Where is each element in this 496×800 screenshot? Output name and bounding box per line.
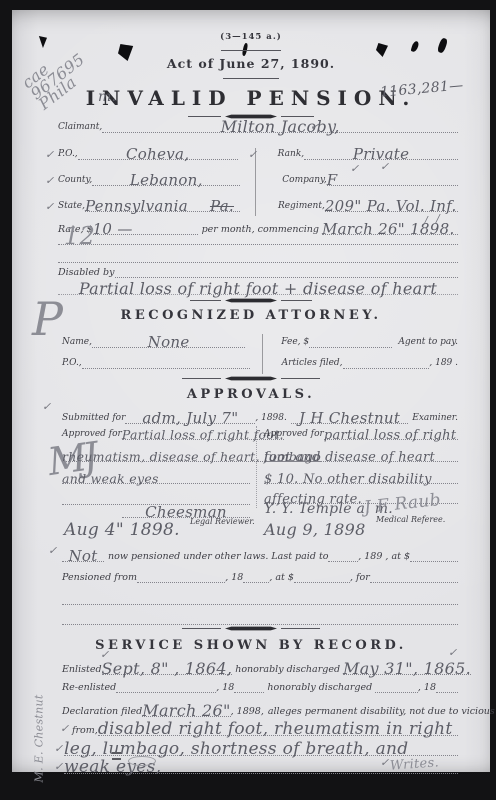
from-label: from,	[72, 726, 98, 736]
pensioned-from-row: Pensioned from , 18 , at $ , for	[62, 570, 458, 583]
form-number: (3—145 a.)	[12, 32, 490, 42]
pensioned-mid2: , at $	[269, 573, 294, 583]
approved-right-l2: foot and disease of heart	[264, 448, 458, 462]
reenlisted-line	[116, 680, 216, 693]
blank-line	[62, 592, 458, 605]
margin-vertical-note: M. E. Chestnut	[34, 673, 45, 783]
check-mark: ✓	[380, 160, 389, 173]
attorney-name-label: Name,	[62, 338, 92, 348]
check-mark: ✓	[248, 148, 257, 161]
claimant-value: Milton Jacoby,	[221, 119, 340, 135]
discharged-line: May 31", 1865.	[343, 658, 471, 675]
pensioned-for-line	[370, 570, 458, 583]
examiner-line: J H Chestnut	[291, 408, 408, 424]
from-line1: disabled right foot, rheumatism in right	[98, 718, 458, 736]
discharged-value: May 31", 1865.	[343, 661, 471, 677]
check-mark: /	[436, 212, 440, 225]
submitted-line: adm, July 7"	[125, 408, 255, 424]
pencil-scribble	[128, 756, 156, 766]
check-mark: ✓	[100, 648, 109, 661]
declaration-date: March 26"	[142, 703, 230, 719]
check-mark: ✓	[380, 756, 389, 769]
attorney-name-line: None	[92, 332, 245, 348]
reenlisted-label: Re-enlisted	[62, 683, 116, 693]
re-discharged-year-line	[436, 680, 458, 693]
attorney-name-row: Name, None Fee, $ Agent to pay.	[62, 332, 458, 348]
check-mark: ✓	[45, 200, 54, 213]
articles-filed-label: Articles filed,	[282, 359, 343, 369]
enlisted-value: Sept, 8" , 1864,	[102, 661, 233, 677]
disabled-by-row: Disabled by	[58, 265, 458, 278]
declaration-date-line: March 26"	[142, 700, 230, 717]
pensioned-from-label: Pensioned from	[62, 573, 137, 583]
attorney-po-row: P.O., Articles filed, , 189 .	[62, 356, 458, 369]
state-extra-value: Pa.	[210, 199, 234, 214]
pensioned-year-line	[243, 570, 269, 583]
pencil-scribble	[112, 752, 121, 754]
blank-line	[58, 232, 458, 245]
check-mark: ✓	[54, 760, 63, 773]
pensioned-mid3: , for	[350, 573, 370, 583]
title-prefix-annotation: m.	[98, 90, 116, 104]
state-regiment-row: State, PennsylvaniaPa. Regiment, 209" Pa…	[58, 196, 458, 212]
check-mark: ✓	[45, 174, 54, 187]
county-value: Lebanon,	[130, 173, 203, 188]
approved-right-l3: $ 10. No other disability	[264, 470, 458, 484]
declaration-year: , 1898,	[231, 707, 264, 717]
disabled-by-label: Disabled by	[58, 268, 115, 278]
approved-right-text: $ 10. No other disability	[264, 473, 432, 486]
from-line2: leg, lumbago, shortness of breath, and	[64, 738, 458, 756]
articles-year-suffix: , 189 .	[429, 359, 458, 369]
not-value: Not	[68, 549, 97, 564]
pensioned-from-line	[137, 570, 225, 583]
legal-date: Aug 4" 1898.	[64, 522, 180, 539]
company-line: F	[327, 170, 458, 186]
disabled-value: Partial loss of right foot + disease of …	[79, 281, 437, 297]
declaration-row: Declaration filed March 26" , 1898, alle…	[62, 700, 458, 717]
po-value: Coheva,	[126, 147, 189, 162]
check-mark: ✓	[448, 646, 457, 659]
rank-line: Private	[304, 144, 458, 160]
blank-line	[62, 612, 458, 625]
rank-label: Rank,	[278, 150, 304, 160]
declaration-label: Declaration filed	[62, 707, 142, 717]
approved-right-line1: Approved for partial loss of right	[264, 426, 458, 440]
county-label: County,	[58, 176, 92, 186]
fee-label: Fee, $	[281, 338, 309, 348]
check-mark: ✓	[350, 162, 359, 175]
disabled-value-line: Partial loss of right foot + disease of …	[58, 278, 458, 295]
approved-for-label: Approved for	[62, 430, 122, 440]
check-mark: ✓	[42, 400, 51, 413]
approved-left-l1: Partial loss of right foot.	[122, 426, 284, 440]
enlisted-label: Enlisted	[62, 665, 102, 675]
examiner-label: Examiner.	[412, 414, 458, 424]
claimant-row: Claimant, Milton Jacoby,	[58, 116, 458, 133]
approved-right-line2: foot and disease of heart	[264, 448, 458, 462]
approved-left-text: Partial loss of right foot.	[122, 429, 284, 442]
examiner-value: J H Chestnut	[299, 411, 400, 426]
pensioned-amount-line	[294, 570, 350, 583]
check-mark: ✓	[54, 742, 63, 755]
last-paid-line	[328, 549, 358, 562]
re-discharged-suffix: , 18	[418, 683, 436, 693]
other-laws-row: Not now pensioned under other laws. Last…	[62, 546, 458, 562]
company-value: F	[327, 173, 338, 188]
disabled-by-line	[115, 265, 459, 278]
re-discharged-line	[375, 680, 418, 693]
reenlisted-row: Re-enlisted , 18 honorably discharged , …	[62, 680, 458, 693]
ornament-divider	[182, 376, 320, 381]
writes-note: Writes.	[390, 756, 440, 772]
pencil-scribble	[112, 758, 121, 760]
last-paid-amount-line	[410, 549, 458, 562]
agent-to-pay-label: Agent to pay.	[398, 338, 458, 348]
ornament-divider	[182, 626, 320, 631]
regiment-label: Regiment,	[278, 202, 325, 212]
attorney-po-line	[82, 356, 250, 369]
approved-right-line3: $ 10. No other disability	[264, 470, 458, 484]
approved-right-l1: partial loss of right	[324, 426, 458, 440]
honorably-discharged-label: honorably discharged	[235, 665, 340, 675]
state-line: PennsylvaniaPa.	[85, 196, 240, 212]
regiment-line: 209" Pa. Vol. Inf.	[325, 196, 458, 212]
declaration-text: alleges permanent disability, not due to…	[268, 707, 496, 717]
county-company-row: County, Lebanon, Company, F	[58, 170, 458, 186]
claimant-label: Claimant,	[58, 123, 102, 133]
state-value: Pennsylvania	[85, 199, 188, 214]
scanned-document: (3—145 a.) Act of June 27, 1890. INVALID…	[0, 0, 496, 800]
legal-reviewer-sig-row: Cheesman	[122, 502, 250, 518]
attorney-heading: RECOGNIZED ATTORNEY.	[12, 308, 490, 323]
legal-reviewer-label: Legal Reviewer.	[190, 518, 255, 527]
approved-right-text: foot and disease of heart	[264, 451, 435, 464]
ink-blot	[411, 40, 420, 52]
approved-left-line3: and weak eyes	[62, 470, 250, 484]
reenlisted-mid: , 18	[216, 683, 234, 693]
medical-referee-signature2: J F Raub	[363, 492, 441, 517]
claimant-line: Milton Jacoby,	[102, 116, 458, 133]
approvals-heading: APPROVALS.	[12, 387, 490, 402]
margin-pencil-p: P	[32, 296, 63, 342]
from-value: disabled right foot, rheumatism in right	[98, 721, 453, 738]
approved-left-line2: rheumatism, disease of heart, lumbago	[62, 448, 250, 462]
company-label: Company,	[282, 176, 327, 186]
approved-left-text: and weak eyes	[62, 473, 159, 486]
county-line: Lebanon,	[92, 170, 240, 186]
service-heading: SERVICE SHOWN BY RECORD.	[12, 638, 490, 653]
check-mark: ✓	[45, 148, 54, 161]
other-laws-label: now pensioned under other laws. Last pai…	[108, 552, 328, 562]
enlisted-row: Enlisted Sept, 8" , 1864, honorably disc…	[62, 658, 458, 675]
check-mark: /	[424, 214, 428, 227]
legal-reviewer-line: Cheesman	[122, 502, 250, 518]
mini-rule	[221, 50, 281, 51]
ink-blot	[376, 43, 388, 57]
honorably-discharged-label2: honorably discharged	[267, 683, 372, 693]
disabled-value-row: Partial loss of right foot + disease of …	[58, 278, 458, 295]
medical-referee-label: Medical Referee.	[376, 516, 445, 525]
submitted-label: Submitted for	[62, 414, 125, 424]
not-line: Not	[62, 546, 104, 562]
blank-line	[58, 250, 458, 263]
po-label: P.O.,	[58, 150, 78, 160]
last-paid-suffix: , 189 , at $	[358, 552, 410, 562]
attorney-name-value: None	[148, 335, 190, 350]
state-label: State,	[58, 202, 85, 212]
articles-filed-line	[343, 356, 430, 369]
attorney-po-label: P.O.,	[62, 359, 82, 369]
pensioned-mid1: , 18	[225, 573, 243, 583]
submitted-year: , 1898.	[255, 414, 287, 424]
submitted-row: Submitted for adm, July 7" , 1898. J H C…	[62, 408, 458, 424]
reenlisted-year-line	[234, 680, 264, 693]
approved-for-label: Approved for	[264, 430, 324, 440]
enlisted-line: Sept, 8" , 1864,	[102, 658, 233, 675]
pension-form-paper: (3—145 a.) Act of June 27, 1890. INVALID…	[12, 10, 490, 772]
ornament-divider	[190, 298, 312, 303]
from-row2: leg, lumbago, shortness of breath, and	[64, 738, 458, 756]
po-line: Coheva,	[78, 144, 238, 160]
po-rank-row: P.O., Coheva, Rank, Private	[58, 144, 458, 160]
check-mark: ✓	[48, 544, 57, 557]
approved-left-l3: and weak eyes	[62, 470, 250, 484]
short-rule	[223, 78, 279, 79]
from-row1: from, disabled right foot, rheumatism in…	[72, 718, 458, 736]
approved-right-text: partial loss of right	[324, 429, 457, 442]
fee-line	[309, 335, 392, 348]
submitted-value: adm, July 7"	[142, 411, 238, 426]
approved-left-line1: Approved for Partial loss of right foot.	[62, 426, 250, 440]
check-mark: ✓	[60, 722, 69, 735]
medical-date: Aug 9, 1898	[264, 522, 366, 538]
